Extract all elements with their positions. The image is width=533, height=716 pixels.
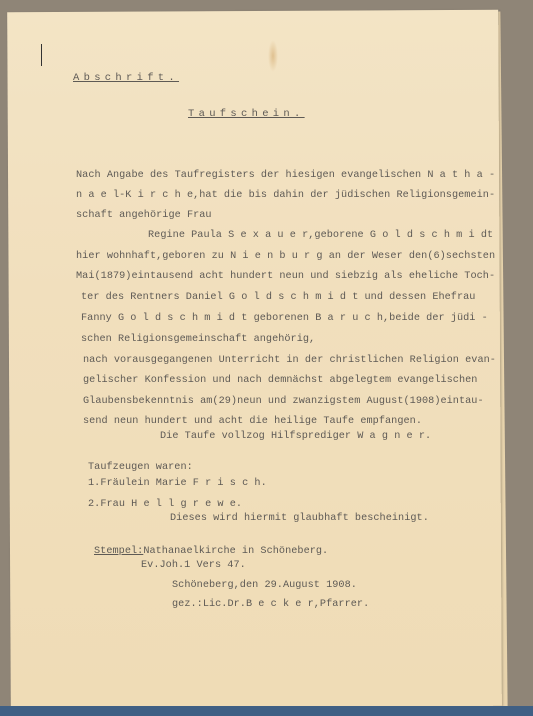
witnesses-heading: Taufzeugen waren:: [88, 462, 193, 473]
body-line: schaft angehörige Frau: [76, 210, 212, 221]
background-strip: [0, 706, 533, 716]
body-line: Die Taufe vollzog Hilfsprediger W a g n …: [160, 431, 431, 442]
signature-line: gez.:Lic.Dr.B e c k e r,Pfarrer.: [172, 599, 369, 610]
body-line: schen Religionsgemeinschaft angehörig,: [81, 334, 315, 345]
document-title: Taufschein.: [188, 108, 305, 120]
stamp-line: Stempel:Nathanaelkirche in Schöneberg.: [94, 546, 328, 557]
place-date-line: Schöneberg,den 29.August 1908.: [172, 580, 357, 591]
body-line: hier wohnhaft,geboren zu N i e n b u r g…: [76, 251, 495, 262]
stamp-text: Nathanaelkirche in Schöneberg.: [143, 546, 328, 557]
body-line: send neun hundert und acht die heilige T…: [83, 416, 422, 427]
body-line: gelischer Konfession und nach demnächst …: [83, 375, 477, 386]
body-line: Glaubensbekenntnis am(29)neun und zwanzi…: [83, 396, 484, 407]
paper-stain: [268, 40, 278, 72]
certification-line: Dieses wird hiermit glaubhaft bescheinig…: [170, 513, 429, 524]
margin-mark: [41, 44, 42, 66]
body-line: n a e l-K i r c h e,hat die bis dahin de…: [76, 190, 495, 201]
body-line: ter des Rentners Daniel G o l d s c h m …: [81, 292, 475, 303]
body-line: Mai(1879)eintausend acht hundert neun un…: [76, 271, 495, 282]
stamp-label: Stempel:: [94, 546, 143, 557]
verse-line: Ev.Joh.1 Vers 47.: [141, 560, 246, 571]
copy-label: Abschrift.: [73, 72, 179, 84]
body-line: Nach Angabe des Taufregisters der hiesig…: [76, 170, 495, 181]
witness-item: 1.Fräulein Marie F r i s c h.: [88, 478, 267, 489]
body-line: nach vorausgegangenen Unterricht in der …: [83, 355, 496, 366]
body-line: Fanny G o l d s c h m i d t geborenen B …: [81, 313, 488, 324]
witness-item: 2.Frau H e l l g r e w e.: [88, 499, 242, 510]
body-line: Regine Paula S e x a u e r,geborene G o …: [148, 230, 493, 241]
